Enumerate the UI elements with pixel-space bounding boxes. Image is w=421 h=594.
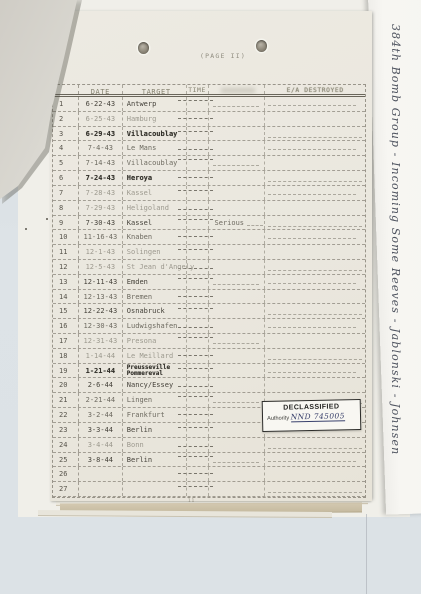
dash-mark <box>268 181 362 182</box>
damage-cell <box>209 334 266 348</box>
paper-speck <box>25 228 27 230</box>
time-cell <box>187 141 209 155</box>
target-cell: Kassel <box>123 216 187 230</box>
date-cell: 12-1-43 <box>79 245 123 259</box>
date-cell: 3-8-44 <box>79 453 123 467</box>
dash-mark <box>268 372 356 373</box>
table-row: 77-28-43Kassel <box>53 186 365 201</box>
target-cell: Kassel <box>123 186 187 200</box>
date-cell: 6-25-43 <box>79 112 123 126</box>
row-number-cell: 20 <box>53 378 79 392</box>
date-cell: 1-21-44 <box>79 364 123 378</box>
damage-cell <box>209 364 266 378</box>
date-cell: 1-14-44 <box>79 349 123 363</box>
date-cell: 12-22-43 <box>79 304 123 318</box>
ink-smudge <box>221 88 255 93</box>
ea-destroyed-cell <box>265 156 365 170</box>
date-cell: 7-24-43 <box>79 171 123 185</box>
row-number-cell: 5 <box>53 156 79 170</box>
row-number-cell: 4 <box>53 141 79 155</box>
time-cell <box>187 127 209 141</box>
damage-cell <box>209 290 266 304</box>
time-cell <box>187 364 209 378</box>
ea-destroyed-cell <box>265 127 365 141</box>
dash-mark <box>268 238 356 239</box>
table-row: 36-29-43Villacoublay <box>53 127 365 142</box>
table-row: 47-4-43Le Mans <box>53 141 365 156</box>
table-row: 87-29-43Heligoland <box>53 201 365 216</box>
time-cell <box>187 349 209 363</box>
time-cell <box>187 408 209 422</box>
stamp-authority-line: Authority NND 745005 <box>263 411 360 422</box>
ea-destroyed-cell <box>265 438 365 452</box>
damage-cell <box>209 319 266 333</box>
ea-destroyed-cell <box>265 349 365 363</box>
date-cell: 12-30-43 <box>79 319 123 333</box>
damage-cell <box>209 482 266 496</box>
header-date: DATE <box>79 85 123 94</box>
dash-mark <box>213 462 259 463</box>
stamp-authority-number: NND 745005 <box>291 411 345 422</box>
date-cell: 7-28-43 <box>79 186 123 200</box>
target-cell: Villacoublay <box>123 127 187 141</box>
time-cell <box>187 482 209 496</box>
declassified-stamp: DECLASSIFIED Authority NND 745005 <box>262 399 362 432</box>
date-cell: 12-13-43 <box>79 290 123 304</box>
row-number-cell: 25 <box>53 453 79 467</box>
time-cell <box>187 438 209 452</box>
target-cell: Nancy/Essey <box>123 378 187 392</box>
damage-cell <box>209 438 266 452</box>
damage-cell <box>209 156 266 170</box>
table-row: 1712-31-43Presona <box>53 334 365 349</box>
target-cell: Berlin <box>123 423 187 437</box>
date-cell: 6-29-43 <box>79 127 123 141</box>
table-row: 1011-16-43Knaben <box>53 230 365 245</box>
damage-cell <box>209 349 266 363</box>
date-cell <box>79 482 123 496</box>
row-number-cell: 12 <box>53 260 79 274</box>
target-cell: Emden <box>123 275 187 289</box>
damage-cell <box>209 171 266 185</box>
dash-mark <box>268 270 362 271</box>
ea-destroyed-cell <box>265 141 365 155</box>
damage-cell <box>209 97 266 111</box>
dash-mark <box>247 225 263 226</box>
ea-destroyed-cell <box>265 171 365 185</box>
dash-mark <box>268 105 356 106</box>
row-number-cell: 21 <box>53 393 79 407</box>
time-cell <box>187 112 209 126</box>
dash-mark <box>268 314 362 315</box>
time-cell <box>187 186 209 200</box>
date-cell: 3-4-44 <box>79 438 123 452</box>
target-cell: Lingen <box>123 393 187 407</box>
row-number-cell: 8 <box>53 201 79 215</box>
target-cell <box>123 482 187 496</box>
background-crease <box>366 514 367 594</box>
damage-cell <box>209 393 266 407</box>
table-row: 243-4-44Bonn <box>53 438 365 453</box>
dash-mark <box>268 149 356 150</box>
ea-destroyed-cell <box>265 230 365 244</box>
date-cell: 2-6-44 <box>79 378 123 392</box>
damage-cell <box>209 112 266 126</box>
dash-mark <box>268 461 356 462</box>
damage-cell <box>209 453 266 467</box>
ea-destroyed-cell <box>265 260 365 274</box>
dash-mark <box>268 327 356 328</box>
ea-destroyed-cell <box>265 201 365 215</box>
ea-destroyed-cell <box>265 467 365 481</box>
dash-mark <box>268 194 356 195</box>
date-cell: 12-31-43 <box>79 334 123 348</box>
table-row: 181-14-44Le Meillard <box>53 349 365 364</box>
target-cell: St Jean d'Angely <box>123 260 187 274</box>
row-number-cell: 13 <box>53 275 79 289</box>
header-ea-destroyed: E/A DESTROYED <box>265 85 365 94</box>
row-number-cell: 10 <box>53 230 79 244</box>
damage-cell <box>209 423 266 437</box>
row-number-cell: 24 <box>53 438 79 452</box>
header-target: TARGET <box>123 85 187 94</box>
row-number-cell: 2 <box>53 112 79 126</box>
dash-mark <box>268 448 362 449</box>
time-cell <box>187 304 209 318</box>
date-cell: 3-3-44 <box>79 423 123 437</box>
table-body: 16-22-43Antwerp26-25-43Hamburg36-29-43Vi… <box>53 97 365 497</box>
time-cell <box>187 245 209 259</box>
row-number-cell: 6 <box>53 171 79 185</box>
damage-cell <box>209 408 266 422</box>
damage-cell <box>209 378 266 392</box>
time-cell <box>187 423 209 437</box>
table-row: 67-24-43Heroya <box>53 171 365 186</box>
row-number-cell: 19 <box>53 364 79 378</box>
target-cell: Solingen <box>123 245 187 259</box>
table-row: 191-21-44PreussevillePommereval <box>53 364 365 379</box>
date-cell: 3-2-44 <box>79 408 123 422</box>
dash-mark <box>213 343 259 344</box>
row-number-cell: 3 <box>53 127 79 141</box>
row-number-cell: 16 <box>53 319 79 333</box>
table-row: 1412-13-43Bremen <box>53 290 365 305</box>
header-time: TIME <box>187 85 209 94</box>
table-row: 26-25-43Hamburg <box>53 112 365 127</box>
ea-destroyed-cell <box>265 245 365 259</box>
table-row: 27 <box>53 482 365 497</box>
damage-cell <box>209 186 266 200</box>
damage-cell <box>209 275 266 289</box>
dash-mark <box>213 284 259 285</box>
time-cell <box>187 156 209 170</box>
time-cell <box>187 467 209 481</box>
row-number-cell: 15 <box>53 304 79 318</box>
punch-hole-left-icon <box>138 42 149 54</box>
date-cell: 7-4-43 <box>79 141 123 155</box>
damage-cell <box>209 127 266 141</box>
table-row: 1512-22-43Osnabruck <box>53 304 365 319</box>
time-cell <box>187 290 209 304</box>
time-cell <box>187 201 209 215</box>
time-cell <box>187 319 209 333</box>
damage-cell: Serious <box>209 216 266 230</box>
date-cell: 6-22-43 <box>79 97 123 111</box>
stamp-authority-label: Authority <box>267 415 289 421</box>
table-row: 1112-1-43Solingen <box>53 245 365 260</box>
damage-cell <box>209 201 266 215</box>
date-cell <box>79 467 123 481</box>
table-row: 57-14-43Villacoublay <box>53 156 365 171</box>
target-cell: Le Mans <box>123 141 187 155</box>
date-cell: 2-21-44 <box>79 393 123 407</box>
date-cell: 7-14-43 <box>79 156 123 170</box>
time-cell <box>187 334 209 348</box>
row-number-cell: 27 <box>53 482 79 496</box>
ea-destroyed-cell <box>265 112 365 126</box>
punch-hole-right-icon <box>256 40 267 52</box>
mission-table: DATE TARGET TIME E/A DESTROYED 16-22-43A… <box>52 84 366 498</box>
ea-destroyed-cell <box>265 319 365 333</box>
row-number-cell: 23 <box>53 423 79 437</box>
table-row: 16-22-43Antwerp <box>53 97 365 112</box>
damage-cell <box>209 467 266 481</box>
ea-destroyed-cell <box>265 97 365 111</box>
row-number-cell: 26 <box>53 467 79 481</box>
row-number-cell: 18 <box>53 349 79 363</box>
ea-destroyed-cell <box>265 216 365 230</box>
date-cell: 12-5-43 <box>79 260 123 274</box>
target-cell: Heligoland <box>123 201 187 215</box>
time-cell <box>187 275 209 289</box>
page-footer-mark: 11 <box>188 499 195 504</box>
time-cell <box>187 216 209 230</box>
target-cell: Osnabruck <box>123 304 187 318</box>
table-row: 1312-11-43Emden <box>53 275 365 290</box>
row-number-cell: 11 <box>53 245 79 259</box>
dash-mark <box>268 137 362 138</box>
ea-destroyed-cell <box>265 334 365 348</box>
target-cell: Bremen <box>123 290 187 304</box>
date-cell: 7-29-43 <box>79 201 123 215</box>
dash-mark <box>213 165 259 166</box>
damage-cell <box>209 260 266 274</box>
target-cell: Bonn <box>123 438 187 452</box>
damage-cell <box>209 304 266 318</box>
target-cell: PreussevillePommereval <box>123 364 187 378</box>
target-cell <box>123 467 187 481</box>
dash-mark <box>268 492 362 493</box>
row-number-cell: 7 <box>53 186 79 200</box>
target-cell: Ludwigshafen <box>123 319 187 333</box>
time-cell <box>187 230 209 244</box>
time-cell <box>187 97 209 111</box>
target-cell: Heroya <box>123 171 187 185</box>
ea-destroyed-cell <box>265 482 365 496</box>
dash-mark <box>213 402 259 403</box>
row-number-cell: 17 <box>53 334 79 348</box>
table-row: 253-8-44Berlin <box>53 453 365 468</box>
row-number-cell: 22 <box>53 408 79 422</box>
target-cell: Frankfurt <box>123 408 187 422</box>
time-cell <box>187 171 209 185</box>
time-cell <box>187 453 209 467</box>
table-header: DATE TARGET TIME E/A DESTROYED <box>53 85 365 97</box>
ea-destroyed-cell <box>265 364 365 378</box>
row-number-cell: 9 <box>53 216 79 230</box>
dash-mark <box>268 226 362 227</box>
date-cell: 7-30-43 <box>79 216 123 230</box>
target-cell: Le Meillard <box>123 349 187 363</box>
damage-cell <box>209 230 266 244</box>
time-cell <box>187 393 209 407</box>
table-row: 26 <box>53 467 365 482</box>
target-cell: Presona <box>123 334 187 348</box>
scanned-document-scene: 384th Bomb Group - Incoming Some Reeves … <box>0 0 421 594</box>
page-label: (PAGE II) <box>178 52 268 60</box>
date-cell: 12-11-43 <box>79 275 123 289</box>
handwritten-margin-note: 384th Bomb Group - Incoming Some Reeves … <box>384 24 402 554</box>
table-row: 202-6-44Nancy/Essey <box>53 378 365 393</box>
ea-destroyed-cell <box>265 186 365 200</box>
row-number-cell: 14 <box>53 290 79 304</box>
target-cell: Hamburg <box>123 112 187 126</box>
table-row: 1612-30-43Ludwigshafen <box>53 319 365 334</box>
ea-destroyed-cell <box>265 290 365 304</box>
target-cell: Berlin <box>123 453 187 467</box>
damage-cell <box>209 245 266 259</box>
dash-mark <box>268 283 356 284</box>
ea-destroyed-cell <box>265 304 365 318</box>
time-cell <box>187 378 209 392</box>
table-row: 1212-5-43St Jean d'Angely <box>53 260 365 275</box>
paper-speck <box>46 218 48 220</box>
table-row: 97-30-43KasselSerious <box>53 216 365 231</box>
date-cell: 11-16-43 <box>79 230 123 244</box>
dash-mark <box>213 106 259 107</box>
ea-destroyed-cell <box>265 378 365 392</box>
ea-destroyed-cell <box>265 275 365 289</box>
target-cell: Knaben <box>123 230 187 244</box>
damage-cell <box>209 141 266 155</box>
target-cell: Villacoublay <box>123 156 187 170</box>
header-damage <box>209 85 266 94</box>
target-cell: Antwerp <box>123 97 187 111</box>
ea-destroyed-cell <box>265 453 365 467</box>
dash-mark <box>268 359 362 360</box>
